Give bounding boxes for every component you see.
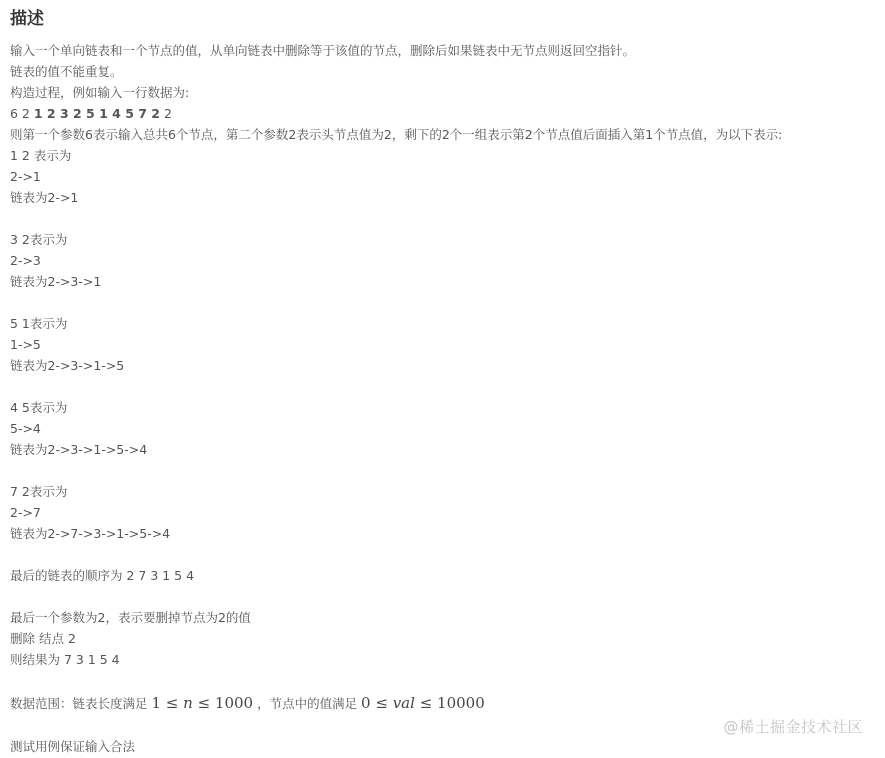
step-pair: 5 1表示为 bbox=[10, 313, 880, 334]
description-line: 则第一个参数6表示输入总共6个节点，第二个参数2表示头节点值为2，剩下的2个一组… bbox=[10, 124, 880, 145]
spacer bbox=[10, 376, 880, 397]
description-line: 链表的值不能重复。 bbox=[10, 61, 880, 82]
range-prefix: 数据范围：链表长度满足 bbox=[10, 696, 151, 711]
tests-note: 测试用例保证输入合法 bbox=[10, 736, 880, 757]
data-range: 数据范围：链表长度满足 1 ≤ n ≤ 1000 ，节点中的值满足 0 ≤ va… bbox=[10, 691, 880, 715]
spacer bbox=[10, 292, 880, 313]
description-line: 构造过程，例如输入一行数据为: bbox=[10, 82, 880, 103]
range-middle: ，节点中的值满足 bbox=[253, 696, 361, 711]
result-note: 则结果为 7 3 1 5 4 bbox=[10, 649, 880, 670]
example-prefix: 6 2 bbox=[10, 106, 34, 121]
math-text: ≤ 1000 bbox=[193, 694, 253, 712]
step-link: 2->7 bbox=[10, 502, 880, 523]
example-input: 6 2 1 2 3 2 5 1 4 5 7 2 2 bbox=[10, 103, 880, 124]
problem-description: 输入一个单向链表和一个节点的值，从单向链表中删除等于该值的节点，删除后如果链表中… bbox=[10, 40, 880, 757]
range-math-n: 1 ≤ n ≤ 1000 bbox=[151, 694, 253, 712]
spacer bbox=[10, 670, 880, 691]
math-text: 1 ≤ bbox=[151, 694, 183, 712]
step-list: 链表为2->7->3->1->5->4 bbox=[10, 523, 880, 544]
step-pair: 1 2 表示为 bbox=[10, 145, 880, 166]
step-pair: 4 5表示为 bbox=[10, 397, 880, 418]
range-math-val: 0 ≤ val ≤ 10000 bbox=[361, 694, 485, 712]
math-text: 0 ≤ bbox=[361, 694, 393, 712]
step-list: 链表为2->3->1->5 bbox=[10, 355, 880, 376]
watermark: @稀土掘金技术社区 bbox=[723, 716, 863, 737]
step-link: 5->4 bbox=[10, 418, 880, 439]
spacer bbox=[10, 586, 880, 607]
example-suffix: 2 bbox=[160, 106, 172, 121]
step-pair: 3 2表示为 bbox=[10, 229, 880, 250]
step-list: 链表为2->3->1->5->4 bbox=[10, 439, 880, 460]
delete-note: 删除 结点 2 bbox=[10, 628, 880, 649]
step-pair: 7 2表示为 bbox=[10, 481, 880, 502]
section-title: 描述 bbox=[10, 8, 44, 30]
step-list: 链表为2->1 bbox=[10, 187, 880, 208]
spacer bbox=[10, 544, 880, 565]
math-var: val bbox=[393, 694, 415, 712]
math-var: n bbox=[183, 694, 193, 712]
math-text: ≤ 10000 bbox=[415, 694, 485, 712]
step-link: 2->3 bbox=[10, 250, 880, 271]
spacer bbox=[10, 208, 880, 229]
spacer bbox=[10, 460, 880, 481]
last-param-note: 最后一个参数为2，表示要删掉节点为2的值 bbox=[10, 607, 880, 628]
step-link: 1->5 bbox=[10, 334, 880, 355]
step-link: 2->1 bbox=[10, 166, 880, 187]
final-order: 最后的链表的顺序为 2 7 3 1 5 4 bbox=[10, 565, 880, 586]
step-list: 链表为2->3->1 bbox=[10, 271, 880, 292]
example-pairs: 1 2 3 2 5 1 4 5 7 2 bbox=[34, 106, 160, 121]
description-line: 输入一个单向链表和一个节点的值，从单向链表中删除等于该值的节点，删除后如果链表中… bbox=[10, 40, 880, 61]
